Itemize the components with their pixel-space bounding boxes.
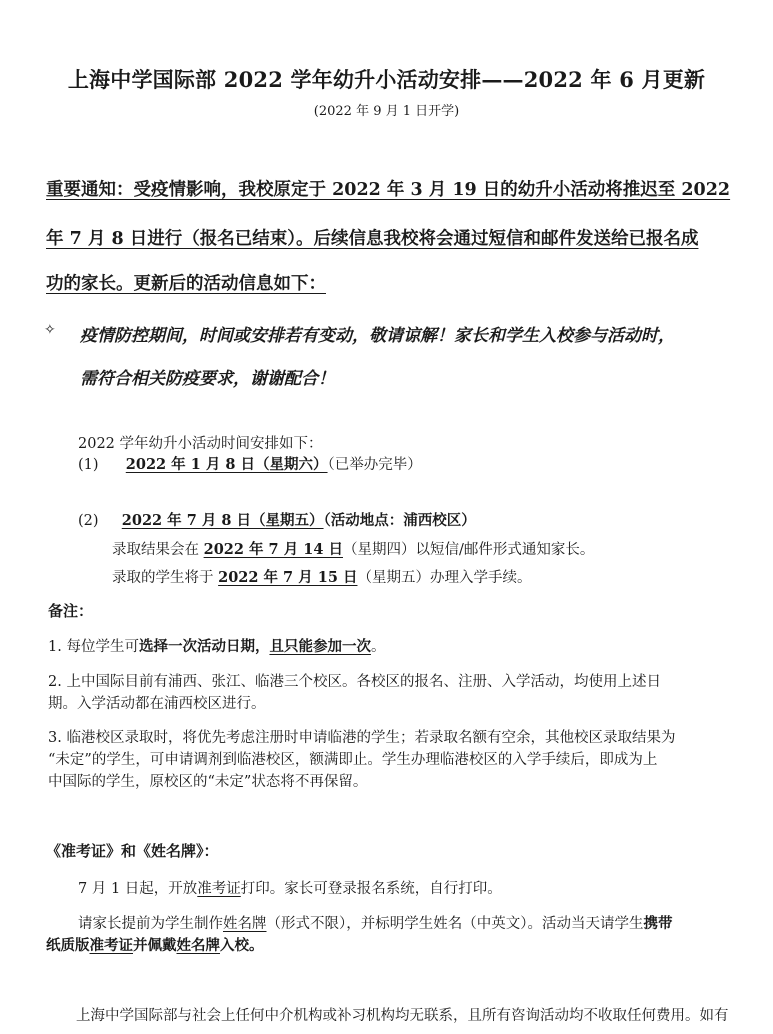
enroll-date: 2022 年 7 月 15 日 [218,569,357,586]
admission-bold: 纸质版 [46,937,90,954]
item-number: (1) [78,457,99,473]
remark-text: 。 [371,639,386,655]
enroll-prefix: 录取的学生将于 [112,570,218,586]
remark-underlined: 且只能参加一次 [269,638,371,655]
admission-bold: 入校。 [220,937,264,954]
result-date: 2022 年 7 月 14 日 [204,541,343,558]
admission-line-2: 请家长提前为学生制作姓名牌（形式不限），并标明学生姓名（中英文）。活动当天请学生… [78,912,673,933]
admission-line-3: 纸质版准考证并佩戴姓名牌入校。 [46,934,264,955]
schedule-item-1: (1) 2022 年 1 月 8 日（星期六）（已举办完毕） [78,453,422,474]
notice-line: 重要通知：受疫情影响，我校原定于 2022 年 3 月 19 日的幼升小活动将推… [46,176,730,201]
item-date: 2022 年 7 月 8 日（星期五） [122,512,324,529]
notice-line: 年 7 月 8 日进行（报名已结束）。后续信息我校将会通过短信和邮件发送给已报名… [46,225,698,250]
admission-underlined: 准考证 [197,881,241,897]
item-date: 2022 年 1 月 8 日（星期六） [126,456,328,473]
admission-underlined: 姓名牌 [177,937,221,954]
document-title: 上海中学国际部 2022 学年幼升小活动安排——2022 年 6 月更新 [0,64,773,94]
item-note: （活动地点：浦西校区） [324,512,476,529]
item-number: (2) [78,513,99,529]
footer-disclaimer: 上海中学国际部与社会上任何中介机构或补习机构均无联系，且所有咨询活动均不收取任何… [76,1004,729,1025]
admission-text: 打印。家长可登录报名系统，自行打印。 [241,881,502,897]
admission-heading: 《准考证》和《姓名牌》： [46,840,219,861]
remark-bold: 选择一次活动日期， [139,638,270,655]
item-note: （已举办完毕） [328,457,422,473]
schedule-item-2: (2) 2022 年 7 月 8 日（星期五）（活动地点：浦西校区） [78,509,476,530]
diamond-bullet-icon: ✧ [44,322,56,338]
warning-line: 需符合相关防疫要求，谢谢配合！ [80,364,335,389]
remarks-heading: 备注： [48,600,93,621]
admission-underlined: 准考证 [90,937,134,954]
remark-item-3-line: “未定”的学生，可申请调剂到临港校区，额满即止。学生办理临港校区的入学手续后，即… [48,748,657,769]
remark-item-2-line: 期。入学活动都在浦西校区进行。 [48,692,266,713]
schedule-intro: 2022 学年幼升小活动时间安排如下： [78,432,323,453]
admission-bold: 携带 [644,915,673,932]
remark-item-3-line: 3. 临港校区录取时，将优先考虑注册时申请临港的学生；若录取名额有空余，其他校区… [48,726,675,747]
admission-underlined: 姓名牌 [223,916,267,932]
admission-text: （形式不限），并标明学生姓名（中英文）。活动当天请学生 [267,916,644,932]
remark-item-1: 1. 每位学生可选择一次活动日期，且只能参加一次。 [48,635,385,656]
admission-text: 请家长提前为学生制作 [78,916,223,932]
enroll-suffix: （星期五）办理入学手续。 [357,570,531,586]
warning-line: 疫情防控期间，时间或安排若有变动，敬请谅解！家长和学生入校参与活动时， [80,321,675,346]
admission-text: 7 月 1 日起，开放 [78,881,197,897]
remark-item-3-line: 中国际的学生，原校区的“未定”状态将不再保留。 [48,770,367,791]
result-suffix: （星期四）以短信/邮件形式通知家长。 [343,542,594,558]
remark-text: 1. 每位学生可 [48,639,139,655]
admission-line-1: 7 月 1 日起，开放准考证打印。家长可登录报名系统，自行打印。 [78,877,502,898]
result-notice: 录取结果会在 2022 年 7 月 14 日（星期四）以短信/邮件形式通知家长。 [112,538,594,559]
admission-bold: 并佩戴 [133,937,177,954]
document-subtitle: (2022 年 9 月 1 日开学) [0,100,773,119]
remark-item-2-line: 2. 上中国际目前有浦西、张江、临港三个校区。各校区的报名、注册、入学活动，均使… [48,670,661,691]
result-prefix: 录取结果会在 [112,542,204,558]
enroll-notice: 录取的学生将于 2022 年 7 月 15 日（星期五）办理入学手续。 [112,566,531,587]
notice-line: 功的家长。更新后的活动信息如下： [46,270,326,295]
